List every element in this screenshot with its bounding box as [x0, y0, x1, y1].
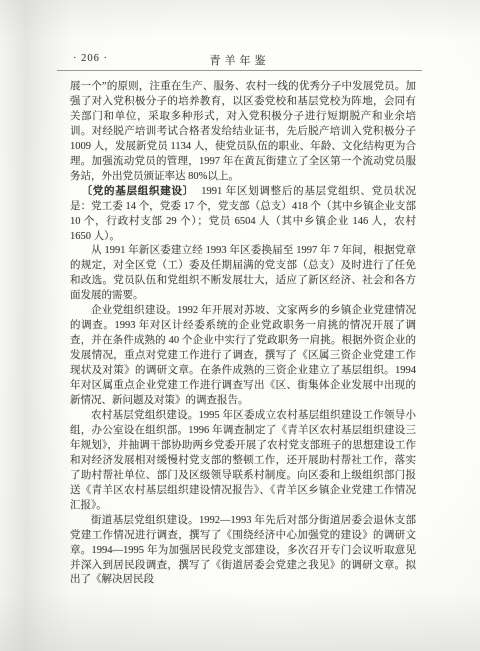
body-paragraph-enterprise: 企业党组织建设。1992 年开展对苏坡、文家两乡的乡镇企业党建情况的调查。199…	[70, 304, 416, 409]
body-paragraph-rural: 农村基层党组织建设。1995 年区委成立农村基层组织建设工作领导小组，办公室设在…	[70, 409, 416, 514]
body-paragraph-continuation: 展一个”的原则，注重在生产、服务、农村一线的优秀分子中发展党员。加强了对入党积极…	[70, 80, 416, 185]
scanned-book-page: · 206 · 青羊年鉴 展一个”的原则，注重在生产、服务、农村一线的优秀分子中…	[0, 0, 480, 651]
book-title: 青羊年鉴	[57, 52, 422, 68]
body-paragraph-street: 街道基层党组织建设。1992—1993 年先后对部分街道居委会退休支部党建工作情…	[70, 514, 416, 589]
page-header: · 206 · 青羊年鉴	[57, 52, 422, 71]
entry-heading: 〔党的基层组织建设〕	[82, 186, 194, 197]
article-body: 展一个”的原则，注重在生产、服务、农村一线的优秀分子中发展党员。加强了对入党积极…	[70, 80, 416, 588]
body-paragraph-entry: 〔党的基层组织建设〕1991 年区划调整后的基层党组织、党员状况是：党工委 14…	[70, 185, 416, 245]
body-paragraph-renewal: 从 1991 年新区委建立经 1993 年区委换届至 1997 年 7 年间，根…	[70, 244, 416, 304]
